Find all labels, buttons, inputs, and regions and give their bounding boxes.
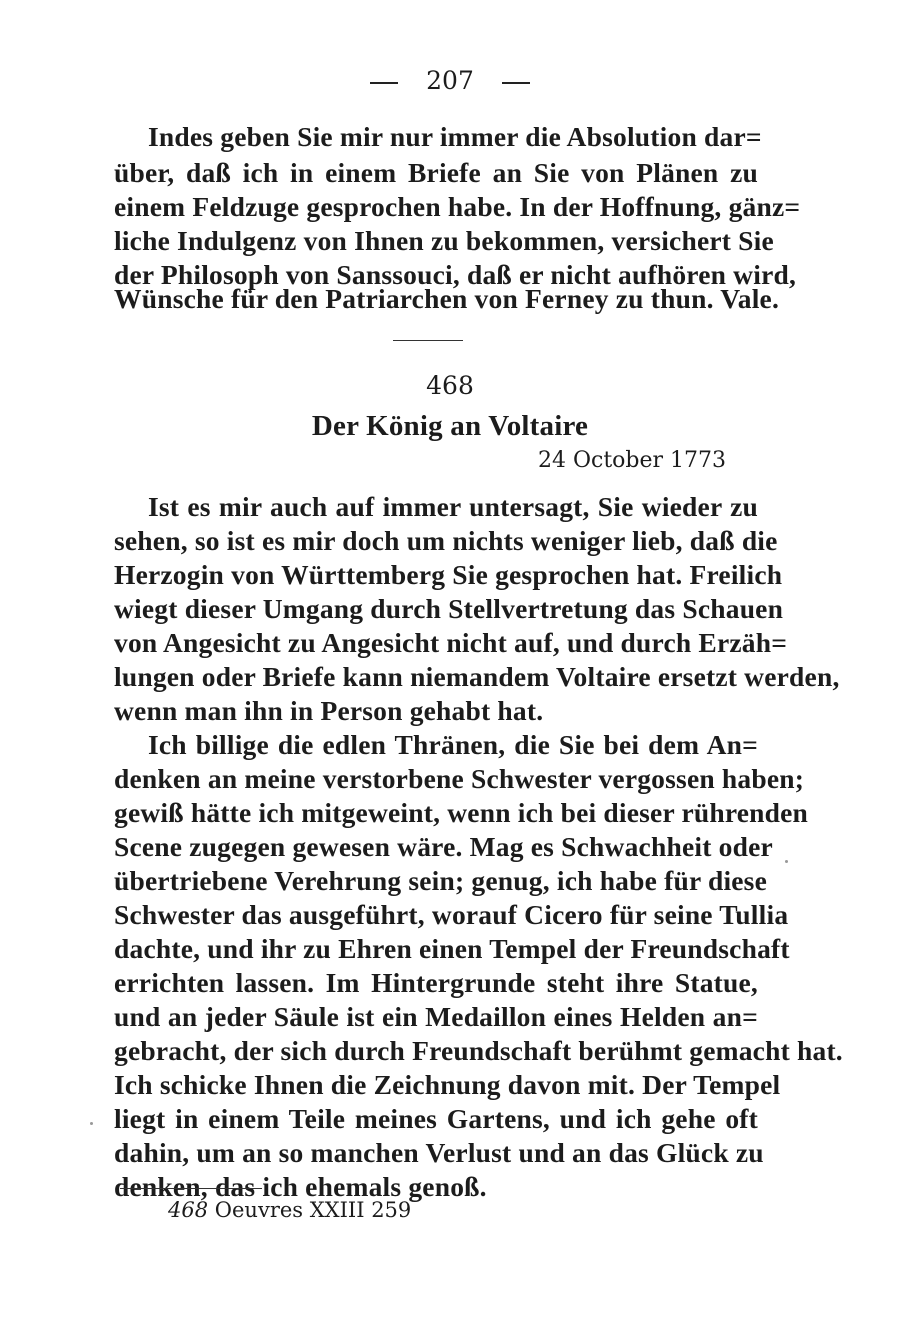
letter-number: 468 [0,371,900,400]
text-line: von Angesicht zu Angesicht nicht auf, un… [114,626,758,660]
text-line: errichten lassen. Im Hintergrunde steht … [114,966,758,1000]
header-dash-left [370,82,398,84]
text-line: Herzogin von Württemberg Sie gesprochen … [114,558,758,592]
header-dash-right [502,82,530,84]
text-line: und an jeder Säule ist ein Medaillon ein… [114,1000,758,1034]
page-number: 207 [426,66,474,95]
text-line: einem Feldzuge gesprochen habe. In der H… [114,190,758,224]
footnote-rule [120,1188,262,1189]
page-header: 207 [0,66,900,95]
text-line: Ich billige die edlen Thränen, die Sie b… [148,728,758,762]
text-line: dachte, und ihr zu Ehren einen Tempel de… [114,932,758,966]
paper-speck [90,1122,93,1125]
text-line: liegt in einem Teile meines Gartens, und… [114,1102,758,1136]
text-line: Ich schicke Ihnen die Zeichnung davon mi… [114,1068,758,1102]
text-line: Scene zugegen gewesen wäre. Mag es Schwa… [114,830,758,864]
text-line: über, daß ich in einem Briefe an Sie von… [114,156,758,190]
footnote-number: 468 [168,1198,208,1222]
text-line: wenn man ihn in Person gehabt hat. [114,694,758,728]
letter-date: 24 October 1773 [538,448,726,473]
text-line: denken an meine verstorbene Schwester ve… [114,762,758,796]
text-line: übertriebene Verehrung sein; genug, ich … [114,864,758,898]
paper-speck [785,860,788,863]
section-divider [393,340,463,341]
text-line: sehen, so ist es mir doch um nichts weni… [114,524,758,558]
footnote: 468 Oeuvres XXIII 259 [168,1198,411,1222]
footnote-text: Oeuvres XXIII 259 [215,1198,412,1222]
text-line: wiegt dieser Umgang durch Stellvertretun… [114,592,758,626]
text-line: Wünsche für den Patriarchen von Ferney z… [114,282,758,316]
book-page: 207 Indes geben Sie mir nur immer die Ab… [0,0,900,1320]
text-line: dahin, um an so manchen Verlust und an d… [114,1136,758,1170]
text-line: gewiß hätte ich mitgeweint, wenn ich bei… [114,796,758,830]
text-line: Indes geben Sie mir nur immer die Absolu… [148,120,758,154]
letter-title: Der König an Voltaire [0,410,900,443]
text-line: gebracht, der sich durch Freundschaft be… [114,1034,758,1068]
text-line: Schwester das ausgeführt, worauf Cicero … [114,898,758,932]
text-line: lungen oder Briefe kann niemandem Voltai… [114,660,758,694]
text-line: liche Indulgenz von Ihnen zu bekommen, v… [114,224,758,258]
text-line: Ist es mir auch auf immer untersagt, Sie… [148,490,758,524]
